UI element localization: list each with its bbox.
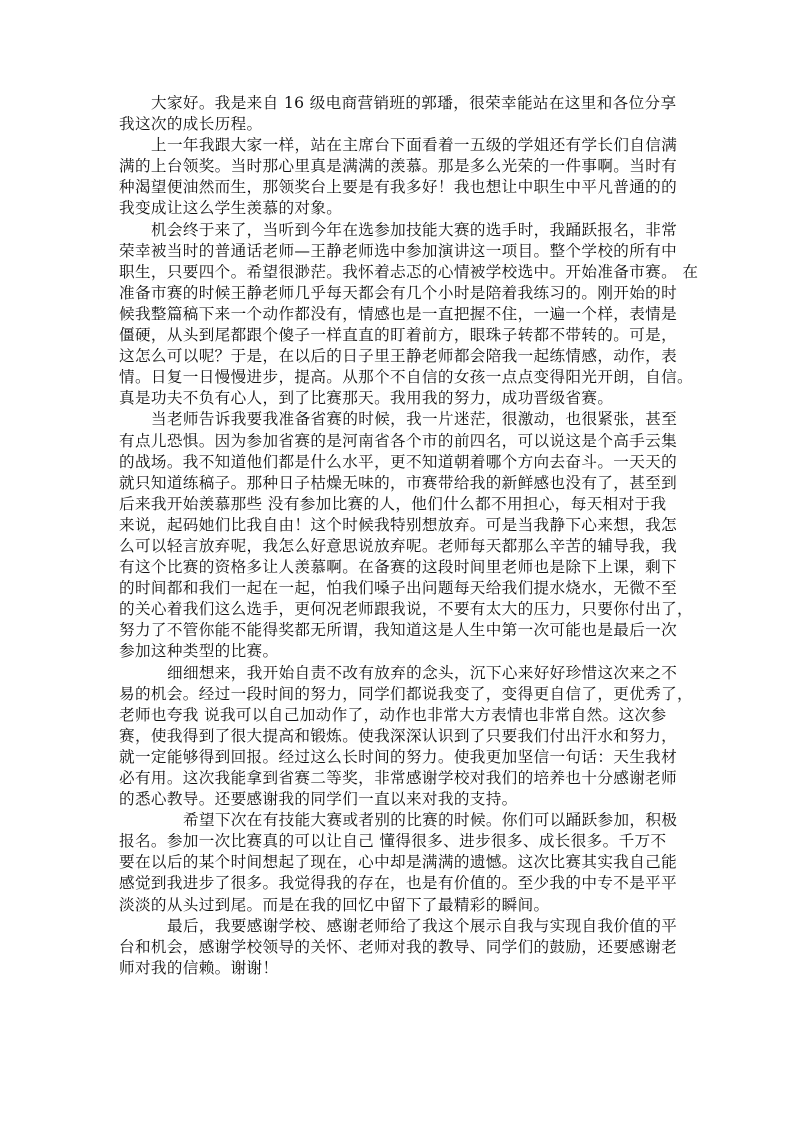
paragraph-first-line: 大家好。我是来自 16 级电商营销班的郭璠，很荣幸能站在这里和各位分享 xyxy=(119,93,675,114)
paragraph-line: 的关心着我们这么选手，更何况老师跟我说，不要有太大的压力，只要你付出了， xyxy=(119,599,675,620)
paragraph: 上一年我跟大家一样，站在主席台下面看着一五级的学姐还有学长们自信满满的上台领奖。… xyxy=(119,135,675,219)
paragraph-line: 的时间都和我们一起在一起，怕我们嗓子出问题每天给我们提水烧水，无微不至 xyxy=(119,578,675,599)
paragraph-line: 师对我的信赖。谢谢！ xyxy=(119,958,675,979)
paragraph: 最后，我要感谢学校、感谢老师给了我这个展示自我与实现自我价值的平台和机会，感谢学… xyxy=(119,916,675,979)
paragraph-line: 感觉到我进步了很多。我觉得我的存在，也是有价值的。至少我的中专不是平平 xyxy=(119,873,675,894)
paragraph-line: 僵硬，从头到尾都跟个傻子一样直直的盯着前方，眼珠子转都不带转的。可是， xyxy=(119,325,675,346)
paragraph-line: 情。日复一日慢慢进步，提高。从那个不自信的女孩一点点变得阳光开朗，自信。 xyxy=(119,367,675,388)
paragraph: 希望下次在有技能大赛或者别的比赛的时候。你们可以踊跃参加，积极报名。参加一次比赛… xyxy=(119,810,675,915)
paragraph-line: 么可以轻言放弃呢，我怎么好意思说放弃呢。老师每天都那么辛苦的辅导我，我 xyxy=(119,536,675,557)
paragraph-line: 必有用。这次我能拿到省赛二等奖，非常感谢学校对我们的培养也十分感谢老师 xyxy=(119,768,675,789)
paragraph-first-line: 细细想来，我开始自责不改有放弃的念头，沉下心来好好珍惜这次来之不 xyxy=(119,663,675,684)
paragraph-line: 我变成让这么学生羡慕的对象。 xyxy=(119,198,675,219)
paragraph: 当老师告诉我要我准备省赛的时候，我一片迷茫，很激动，也很紧张，甚至有点儿恐惧。因… xyxy=(119,409,675,662)
paragraph-line: 这怎么可以呢？于是，在以后的日子里王静老师都会陪我一起练情感，动作，表 xyxy=(119,346,675,367)
paragraph-line: 老师也夸我 说我可以自己加动作了，动作也非常大方表情也非常自然。这次参 xyxy=(119,705,675,726)
document-page: 大家好。我是来自 16 级电商营销班的郭璠，很荣幸能站在这里和各位分享我这次的成… xyxy=(0,0,794,1123)
paragraph-line: 有这个比赛的资格多让人羡慕啊。在备赛的这段时间里老师也是除下上课，剩下 xyxy=(119,557,675,578)
paragraph-line: 有点儿恐惧。因为参加省赛的是河南省各个市的前四名，可以说这是个高手云集 xyxy=(119,431,675,452)
paragraph-line: 我这次的成长历程。 xyxy=(119,114,675,135)
document-body: 大家好。我是来自 16 级电商营销班的郭璠，很荣幸能站在这里和各位分享我这次的成… xyxy=(119,93,675,979)
paragraph-line: 的悉心教导。还要感谢我的同学们一直以来对我的支持。 xyxy=(119,789,675,810)
paragraph-line: 准备市赛的时候王静老师几乎每天都会有几个小时是陪着我练习的。刚开始的时 xyxy=(119,283,675,304)
paragraph-line: 的战场。我不知道他们都是什么水平，更不知道朝着哪个方向去奋斗。一天天的 xyxy=(119,452,675,473)
paragraph-first-line: 当老师告诉我要我准备省赛的时候，我一片迷茫，很激动，也很紧张，甚至 xyxy=(119,409,675,430)
paragraph-line: 来说，起码她们比我自由！这个时候我特别想放弃。可是当我静下心来想，我怎 xyxy=(119,515,675,536)
paragraph-line: 后来我开始羡慕那些 没有参加比赛的人，他们什么都不用担心，每天相对于我 xyxy=(119,494,675,515)
paragraph-line: 满的上台领奖。当时那心里真是满满的羡慕。那是多么光荣的一件事啊。当时有 xyxy=(119,156,675,177)
paragraph-line: 种渴望便油然而生，那领奖台上要是有我多好！我也想让中职生中平凡普通的的 xyxy=(119,177,675,198)
paragraph: 细细想来，我开始自责不改有放弃的念头，沉下心来好好珍惜这次来之不易的机会。经过一… xyxy=(119,663,675,811)
paragraph-first-line: 上一年我跟大家一样，站在主席台下面看着一五级的学姐还有学长们自信满 xyxy=(119,135,675,156)
paragraph-line: 赛，使我得到了很大提高和锻炼。使我深深认识到了只要我们付出汗水和努力， xyxy=(119,726,675,747)
paragraph-line: 荣幸被当时的普通话老师—王静老师选中参加演讲这一项目。整个学校的所有中 xyxy=(119,241,675,262)
paragraph-line: 真是功夫不负有心人，到了比赛那天。我用我的努力，成功晋级省赛。 xyxy=(119,388,675,409)
paragraph-line: 要在以后的某个时间想起了现在，心中却是满满的遗憾。这次比赛其实我自己能 xyxy=(119,852,675,873)
paragraph: 机会终于来了，当听到今年在选参加技能大赛的选手时，我踊跃报名，非常荣幸被当时的普… xyxy=(119,220,675,410)
paragraph: 大家好。我是来自 16 级电商营销班的郭璠，很荣幸能站在这里和各位分享我这次的成… xyxy=(119,93,675,135)
paragraph-first-line: 机会终于来了，当听到今年在选参加技能大赛的选手时，我踊跃报名，非常 xyxy=(119,220,675,241)
paragraph-line: 职生，只要四个。希望很渺茫。我怀着忐忑的心情被学校选中。开始准备市赛。 在 xyxy=(119,262,675,283)
paragraph-line: 参加这种类型的比赛。 xyxy=(119,641,675,662)
paragraph-line: 淡淡的从头过到尾。而是在我的回忆中留下了最精彩的瞬间。 xyxy=(119,895,675,916)
paragraph-line: 候我整篇稿下来一个动作都没有，情感也是一直把握不住，一遍一个样，表情是 xyxy=(119,304,675,325)
paragraph-line: 就一定能够得到回报。经过这么长时间的努力。使我更加坚信一句话：天生我材 xyxy=(119,747,675,768)
paragraph-line: 报名。参加一次比赛真的可以让自己 懂得很多、进步很多、成长很多。千万不 xyxy=(119,831,675,852)
paragraph-line: 易的机会。经过一段时间的努力，同学们都说我变了，变得更自信了，更优秀了， xyxy=(119,684,675,705)
paragraph-line: 努力了不管你能不能得奖都无所谓，我知道这是人生中第一次可能也是最后一次 xyxy=(119,620,675,641)
paragraph-line: 就只知道练稿子。那种日子枯燥无味的，市赛带给我的新鲜感也没有了，甚至到 xyxy=(119,473,675,494)
paragraph-first-line: 希望下次在有技能大赛或者别的比赛的时候。你们可以踊跃参加，积极 xyxy=(119,810,675,831)
paragraph-line: 台和机会，感谢学校领导的关怀、老师对我的教导、同学们的鼓励，还要感谢老 xyxy=(119,937,675,958)
paragraph-first-line: 最后，我要感谢学校、感谢老师给了我这个展示自我与实现自我价值的平 xyxy=(119,916,675,937)
